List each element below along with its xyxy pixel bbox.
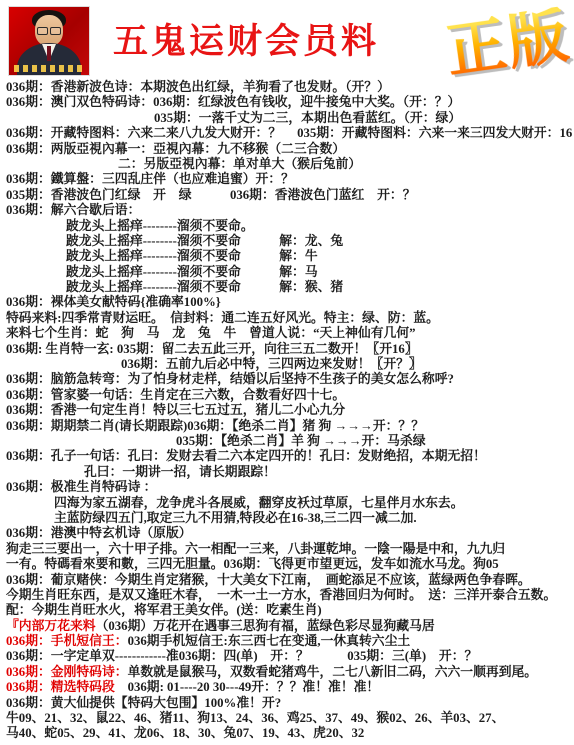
text-segment: 跛龙头上摇痒--------溜须不要命。 xyxy=(66,219,254,233)
text-line: 马40、蛇05、29、41、龙06、18、30、兔07、19、43、虎20、32 xyxy=(6,726,572,741)
text-segment: 036期：鐵算盤：三四乱庄伴（也应难追蜜）开：？ xyxy=(6,172,294,186)
genuine-stamp: 正版 xyxy=(442,6,573,83)
text-line: 036期：澳门双色特码诗：036期：红绿波色有钱收，迎牛接兔中大奖。（开：？） xyxy=(6,95,572,110)
text-segment: （036期）万花开在遇事三思狗有福，蓝绿色彩尽显狗藏马居 xyxy=(96,619,435,633)
text-line: 孔曰：一期讲一招，请长期跟踪！ xyxy=(6,465,572,480)
text-line: 036期：金刚特码诗：单数就是鼠猴马，双数看蛇猪鸡牛，二七八新旧二码，六六一顺再… xyxy=(6,665,572,680)
portrait-glasses xyxy=(37,27,61,34)
text-line: 二：另版亞視內幕：单对单大（猴后兔前） xyxy=(6,157,572,172)
text-line: 036期：手机短信王：036期手机短信王:东三西七在变通,一休真转六尘土 xyxy=(6,634,572,649)
text-line: 036期：香港一句定生肖！特以三七五过五，猪儿二小心九分 xyxy=(6,403,572,418)
text-segment: 孔曰：一期讲一招，请长期跟踪！ xyxy=(84,465,276,479)
text-segment: 四海为家五湖春，龙争虎斗各展威，翻穿皮袄过草原，七星伴月水东去。 xyxy=(54,496,464,510)
text-segment: 单数就是鼠猴马，双数看蛇猪鸡牛，二七八新旧二码，六六一顺再到尾。 xyxy=(128,665,538,679)
portrait-tie xyxy=(47,46,51,61)
text-line: 036期：香港新波色诗：本期波色出红绿，羊狗看了也发财。（开？） xyxy=(6,80,572,95)
text-segment: 036期手机短信王:东三西七在变通,一休真转六尘土 xyxy=(128,634,411,648)
text-segment: 036期：黄大仙提供【特码大包围】100%准！开? xyxy=(6,696,281,710)
text-segment: 马40、蛇05、29、41、龙06、18、30、兔07、19、43、虎20、32 xyxy=(6,726,364,740)
text-line: 跛龙头上摇痒--------溜须不要命 解：马 xyxy=(6,265,572,280)
text-segment: 036期：香港新波色诗：本期波色出红绿，羊狗看了也发财。（开？） xyxy=(6,80,390,94)
text-line: 四海为家五湖春，龙争虎斗各展威，翻穿皮袄过草原，七星伴月水东去。 xyxy=(6,496,572,511)
text-segment: 二：另版亞視內幕：单对单大（猴后兔前） xyxy=(118,157,361,171)
text-segment: 跛龙头上摇痒--------溜须不要命 解：龙、兔 xyxy=(66,234,343,248)
text-line: 特码来料:四季常青财运旺。 信封料：通二连五好风光。特主：绿、防：蓝。 xyxy=(6,311,572,326)
text-segment: 今期生肖旺东西，是双又逢旺木春， 一木一土一方水，香港回归为何时。 送：三洋开泰… xyxy=(6,588,556,602)
text-line: 036期：港澳中特玄机诗（原版） xyxy=(6,526,572,541)
text-segment: 036期：极准生肖特码诗 ： xyxy=(6,480,156,494)
text-segment: 036期：港澳中特玄机诗（原版） xyxy=(6,526,192,540)
text-line: 036期：五前九后必中特，三四两边来发财！〖开？〗 xyxy=(6,357,572,372)
text-line: 036期：裸体美女献特码{准确率100%} xyxy=(6,295,572,310)
text-segment: 特码来料:四季常青财运旺。 信封料：通二连五好风光。特主：绿、防：蓝。 xyxy=(6,311,439,325)
text-line: 配：今期生肖旺水火，将军君王美女伴。(送：吃素生肖) xyxy=(6,603,572,618)
text-segment: 036期：管家婆一句话：生肖定在三六数，合数看好四十七。 xyxy=(6,388,345,402)
text-segment: 036期：期期禁二肖(请长期跟踪)036期：【绝杀二肖】猪 狗 →→→开：？？ xyxy=(6,419,424,433)
text-line: 036期：两版亞視內幕一：亞視內幕：九不移猴（二三合数） xyxy=(6,142,572,157)
text-segment: 036期：两版亞視內幕一：亞視內幕：九不移猴（二三合数） xyxy=(6,142,345,156)
text-line: 036期：开藏特图料：六来二来八九发大财开：？ 035期：开藏特图料：六来一来三… xyxy=(6,126,572,141)
text-line: 牛09、21、32、鼠22、46、猪11、狗13、24、36、鸡25、37、49… xyxy=(6,711,572,726)
text-segment: 036期：开藏特图料：六来二来八九发大财开：？ 035期：开藏特图料：六来一来三… xyxy=(6,126,572,140)
text-line: 一有。特碼看來要和數，三四无胆量。036期：飞得更市望更远，发车如流水马龙。狗0… xyxy=(6,557,572,572)
text-line: 『内部万花来料（036期）万花开在遇事三思狗有福，蓝绿色彩尽显狗藏马居 xyxy=(6,619,572,634)
text-segment: 狗走三三要出一，六十甲子排。六一相配一三来，八卦運乾坤。一陰一陽是中和，九九归 xyxy=(6,542,505,556)
text-segment: 036期：葡京赌侠：今期生肖定猪猴，十大美女下江南， 画蛇添足不应该，蓝绿两色争… xyxy=(6,573,531,587)
text-segment: 牛09、21、32、鼠22、46、猪11、狗13、24、36、鸡25、37、49… xyxy=(6,711,504,725)
text-segment: 036期：香港一句定生肖！特以三七五过五，猪儿二小心九分 xyxy=(6,403,345,417)
lottery-tip-sheet: 五鬼运财会员料 正版 036期：香港新波色诗：本期波色出红绿，羊狗看了也发财。（… xyxy=(0,0,574,745)
highlighted-label: 036期：手机短信王： xyxy=(6,634,128,648)
text-segment: 036期：解六合歇后语： xyxy=(6,203,140,217)
text-line: 035期：【绝杀二肖】羊 狗 →→→开：马杀绿 xyxy=(6,434,572,449)
text-line: 跛龙头上摇痒--------溜须不要命。 xyxy=(6,219,572,234)
portrait-caption-decoration xyxy=(14,65,82,72)
text-line: 跛龙头上摇痒--------溜须不要命 解：牛 xyxy=(6,249,572,264)
text-line: 036期：鐵算盤：三四乱庄伴（也应难追蜜）开：？ xyxy=(6,172,572,187)
text-segment: 036期：裸体美女献特码{准确率100%} xyxy=(6,295,221,309)
text-segment: 036期：五前九后必中特，三四两边来发财！〖开？〗 xyxy=(121,357,422,371)
text-segment: 跛龙头上摇痒--------溜须不要命 解：猴、猪 xyxy=(66,280,343,294)
page-title: 五鬼运财会员料 xyxy=(113,14,379,64)
text-line: 036期：黄大仙提供【特码大包围】100%准！开? xyxy=(6,696,572,711)
document-lines: 036期：香港新波色诗：本期波色出红绿，羊狗看了也发财。（开？）036期：澳门双… xyxy=(6,80,572,742)
highlighted-label: 036期：金刚特码诗： xyxy=(6,665,128,679)
text-line: 来料七个生肖：蛇 狗 马 龙 兔 牛 曾道人说：“天上神仙有几何” xyxy=(6,326,572,341)
text-line: 035期：香港波色门红绿 开 绿 036期：香港波色门蓝红 开：？ xyxy=(6,188,572,203)
text-line: 036期：脑筋急转弯：为了怕身材走样，结婚以后坚持不生孩子的美女怎么称呼? xyxy=(6,372,572,387)
header: 五鬼运财会员料 正版 xyxy=(0,0,574,80)
text-segment: 跛龙头上摇痒--------溜须不要命 解：牛 xyxy=(66,249,318,263)
text-line: 036期：期期禁二肖(请长期跟踪)036期：【绝杀二肖】猪 狗 →→→开：？？ xyxy=(6,419,572,434)
text-segment: 036期: 01----20 30---49开：？？准！准！准！ xyxy=(115,680,379,694)
text-line: 035期：一落千丈为二三，本期出色看蓝红。（开：绿） xyxy=(6,111,572,126)
text-segment: 035期：香港波色门红绿 开 绿 036期：香港波色门蓝红 开：？ xyxy=(6,188,416,202)
text-segment: 035期：【绝杀二肖】羊 狗 →→→开：马杀绿 xyxy=(176,434,426,448)
text-line: 跛龙头上摇痒--------溜须不要命 解：猴、猪 xyxy=(6,280,572,295)
master-portrait xyxy=(8,6,90,76)
text-line: 036期：解六合歇后语： xyxy=(6,203,572,218)
text-line: 036期：管家婆一句话：生肖定在三六数，合数看好四十七。 xyxy=(6,388,572,403)
text-segment: 一有。特碼看來要和數，三四无胆量。036期：飞得更市望更远，发车如流水马龙。狗0… xyxy=(6,557,499,571)
text-segment: 036期: 生肖特一玄: 035期：留二去五此三开，向往三五二数开！〖开16〗 xyxy=(6,342,418,356)
text-line: 跛龙头上摇痒--------溜须不要命 解：龙、兔 xyxy=(6,234,572,249)
text-line: 036期：精选特码段 036期: 01----20 30---49开：？？准！准… xyxy=(6,680,572,695)
text-segment: 036期：脑筋急转弯：为了怕身材走样，结婚以后坚持不生孩子的美女怎么称呼? xyxy=(6,372,454,386)
text-line: 狗走三三要出一，六十甲子排。六一相配一三来，八卦運乾坤。一陰一陽是中和，九九归 xyxy=(6,542,572,557)
text-line: 036期：孔子一句话：孔曰：发财去看二六本定四开的！孔曰：发财绝招，本期无招！ xyxy=(6,449,572,464)
text-line: 036期：葡京赌侠：今期生肖定猪猴，十大美女下江南， 画蛇添足不应该，蓝绿两色争… xyxy=(6,573,572,588)
text-segment: 036期：澳门双色特码诗：036期：红绿波色有钱收，迎牛接兔中大奖。（开：？） xyxy=(6,95,460,109)
text-segment: 036期：一字定单双------------准036期：四(单) 开：？ 035… xyxy=(6,649,477,663)
text-segment: 035期：一落千丈为二三，本期出色看蓝红。（开：绿） xyxy=(154,111,461,125)
text-segment: 配：今期生肖旺水火，将军君王美女伴。(送：吃素生肖) xyxy=(6,603,322,617)
text-line: 主蓝防绿四五门,取定三九不用猜,特段必在16-38,三二四一减二加. xyxy=(6,511,572,526)
text-line: 036期：一字定单双------------准036期：四(单) 开：？ 035… xyxy=(6,649,572,664)
text-line: 今期生肖旺东西，是双又逢旺木春， 一木一土一方水，香港回归为何时。 送：三洋开泰… xyxy=(6,588,572,603)
highlighted-label: 『内部万花来料 xyxy=(6,619,96,633)
text-segment: 跛龙头上摇痒--------溜须不要命 解：马 xyxy=(66,265,318,279)
highlighted-label: 036期：精选特码段 xyxy=(6,680,115,694)
text-segment: 主蓝防绿四五门,取定三九不用猜,特段必在16-38,三二四一减二加. xyxy=(54,511,417,525)
text-segment: 036期：孔子一句话：孔曰：发财去看二六本定四开的！孔曰：发财绝招，本期无招！ xyxy=(6,449,486,463)
text-segment: 来料七个生肖：蛇 狗 马 龙 兔 牛 曾道人说：“天上神仙有几何” xyxy=(6,326,416,340)
text-line: 036期：极准生肖特码诗 ： xyxy=(6,480,572,495)
text-line: 036期: 生肖特一玄: 035期：留二去五此三开，向往三五二数开！〖开16〗 xyxy=(6,342,572,357)
